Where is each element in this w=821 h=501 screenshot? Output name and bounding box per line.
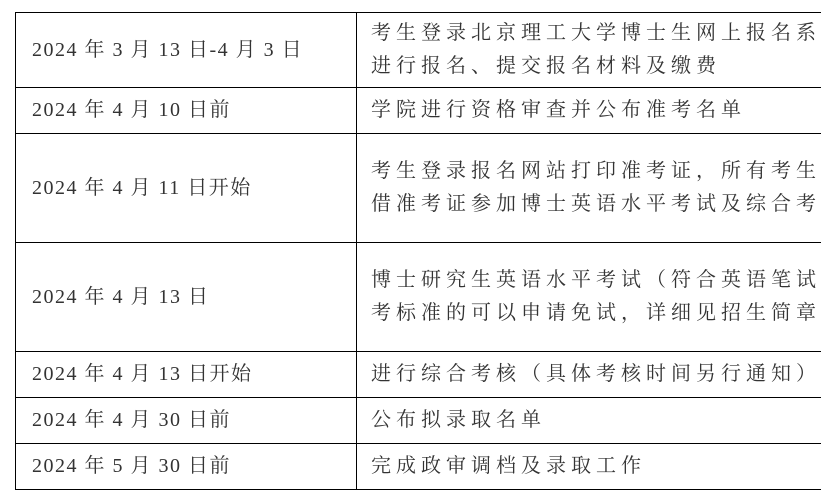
- schedule-table-body: 2024 年 3 月 13 日-4 月 3 日 考生登录北京理工大学博士生网上报…: [16, 13, 821, 490]
- event-cell: 学院进行资格审查并公布准考名单: [357, 88, 821, 134]
- event-cell: 考生登录北京理工大学博士生网上报名系统进行报名、提交报名材料及缴费: [357, 13, 821, 88]
- date-cell: 2024 年 5 月 30 日前: [16, 444, 357, 490]
- event-cell: 进行综合考核（具体考核时间另行通知）: [357, 352, 821, 398]
- date-cell: 2024 年 3 月 13 日-4 月 3 日: [16, 13, 357, 88]
- date-cell: 2024 年 4 月 10 日前: [16, 88, 357, 134]
- event-cell: 公布拟录取名单: [357, 398, 821, 444]
- table-row: 2024 年 5 月 30 日前 完成政审调档及录取工作: [16, 444, 821, 490]
- table-row: 2024 年 4 月 10 日前 学院进行资格审查并公布准考名单: [16, 88, 821, 134]
- schedule-table: 2024 年 3 月 13 日-4 月 3 日 考生登录北京理工大学博士生网上报…: [15, 12, 821, 490]
- table-row: 2024 年 4 月 30 日前 公布拟录取名单: [16, 398, 821, 444]
- table-row: 2024 年 4 月 11 日开始 考生登录报名网站打印准考证，所有考生凭借准考…: [16, 134, 821, 243]
- date-cell: 2024 年 4 月 13 日: [16, 243, 357, 352]
- event-cell: 完成政审调档及录取工作: [357, 444, 821, 490]
- document-page: 2024 年 3 月 13 日-4 月 3 日 考生登录北京理工大学博士生网上报…: [0, 0, 821, 501]
- table-row: 2024 年 4 月 13 日开始 进行综合考核（具体考核时间另行通知）: [16, 352, 821, 398]
- table-row: 2024 年 3 月 13 日-4 月 3 日 考生登录北京理工大学博士生网上报…: [16, 13, 821, 88]
- date-cell: 2024 年 4 月 11 日开始: [16, 134, 357, 243]
- date-cell: 2024 年 4 月 30 日前: [16, 398, 357, 444]
- event-cell: 博士研究生英语水平考试（符合英语笔试免考标准的可以申请免试，详细见招生简章）: [357, 243, 821, 352]
- table-row: 2024 年 4 月 13 日 博士研究生英语水平考试（符合英语笔试免考标准的可…: [16, 243, 821, 352]
- event-cell: 考生登录报名网站打印准考证，所有考生凭借准考证参加博士英语水平考试及综合考核: [357, 134, 821, 243]
- date-cell: 2024 年 4 月 13 日开始: [16, 352, 357, 398]
